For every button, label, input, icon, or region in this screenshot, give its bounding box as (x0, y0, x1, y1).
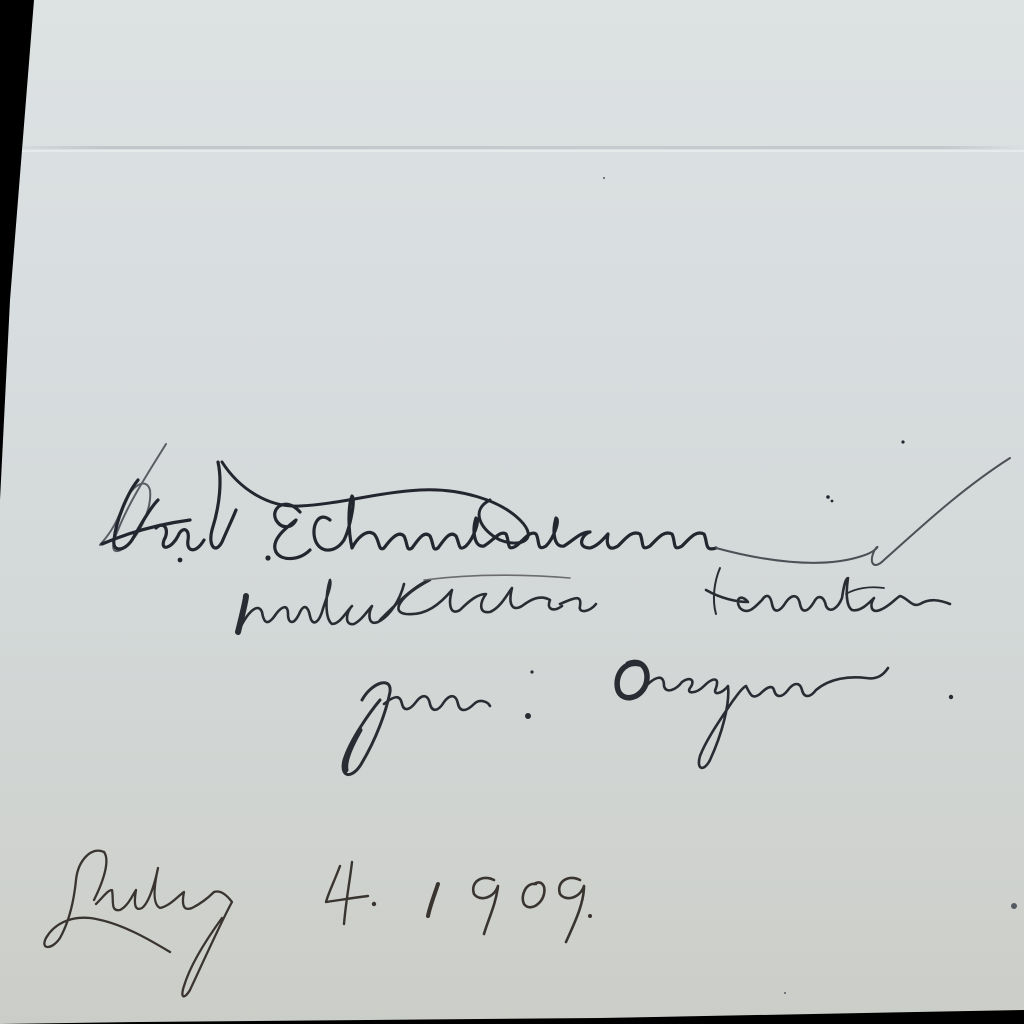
paper-specks (603, 177, 1017, 994)
paper-sheet: Geo. E. Chamberlain United States Senato… (0, 0, 1024, 1024)
handwriting-ink (0, 0, 1024, 1024)
scanned-document: Geo. E. Chamberlain United States Senato… (0, 0, 1024, 1024)
title-line-2-strokes (343, 662, 953, 774)
date-strokes (44, 851, 592, 997)
signature-strokes (100, 440, 1010, 565)
title-line-1-strokes (238, 568, 950, 632)
